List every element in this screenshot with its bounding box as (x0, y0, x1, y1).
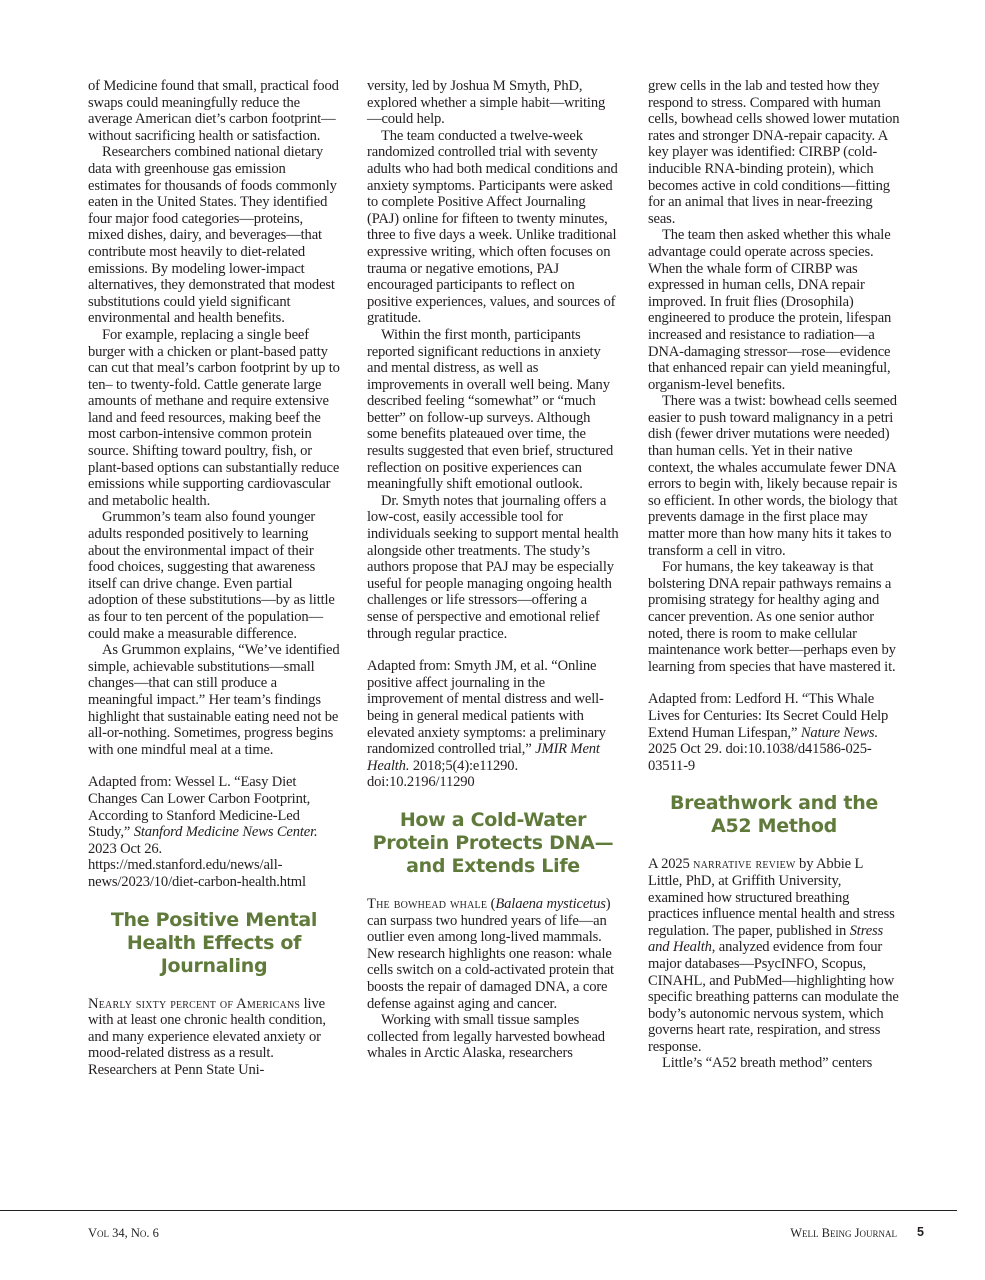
publication-name: Well Being Journal (790, 1226, 897, 1241)
body-paragraph: Working with small tissue samples collec… (367, 1012, 619, 1062)
column-3: grew cells in the lab and tested how the… (648, 78, 900, 1072)
column-1: of Medicine found that small, practical … (88, 78, 340, 1078)
footer-divider (0, 1210, 957, 1211)
article-title: Breathwork and the A52 Method (648, 792, 900, 838)
source-citation: Adapted from: Wessel L. “Easy Diet Chang… (88, 774, 340, 890)
article-lead: The bowhead whale (Balaena mysticetus) c… (367, 896, 619, 1012)
column-2: versity, led by Joshua M Smyth, PhD, exp… (367, 78, 619, 1062)
body-paragraph: versity, led by Joshua M Smyth, PhD, exp… (367, 78, 619, 128)
lead-small-caps: narrative review (693, 856, 795, 872)
body-paragraph: As Grummon explains, “We’ve identified s… (88, 642, 340, 758)
citation-doi: 2025 Oct 29. doi:10.1038/d41586-025-0351… (648, 741, 872, 774)
lead-small-caps: Nearly sixty percent of Americans (88, 996, 300, 1012)
body-paragraph: Little’s “A52 breath method” centers (648, 1055, 900, 1072)
body-paragraph: The team then asked whether this whale a… (648, 227, 900, 393)
body-paragraph: grew cells in the lab and tested how the… (648, 78, 900, 227)
body-paragraph: Within the first month, participants rep… (367, 327, 619, 493)
lead-text: ) can surpass two hundred years of life—… (367, 896, 614, 1012)
citation-journal: Stanford Medicine News Center. (134, 824, 318, 840)
lead-text: A 2025 (648, 856, 693, 872)
species-name: Balaena mysticetus (495, 896, 605, 912)
issue-label: Vol 34, No. 6 (88, 1226, 159, 1241)
body-paragraph: There was a twist: bowhead cells seemed … (648, 393, 900, 559)
lead-text: , analyzed evidence from four major data… (648, 939, 899, 1055)
source-citation: Adapted from: Smyth JM, et al. “Online p… (367, 658, 619, 791)
lead-small-caps: The bowhead whale (367, 896, 487, 912)
article-lead: Nearly sixty percent of Americans live w… (88, 996, 340, 1079)
citation-journal: Nature News. (801, 725, 878, 741)
body-paragraph: Dr. Smyth notes that journaling offers a… (367, 493, 619, 642)
article-title: The Positive Mental Health Effects of Jo… (88, 909, 340, 978)
source-citation: Adapted from: Ledford H. “This Whale Liv… (648, 691, 900, 774)
body-paragraph: Grummon’s team also found younger adults… (88, 509, 340, 642)
body-paragraph: of Medicine found that small, practical … (88, 78, 340, 144)
body-paragraph: The team conducted a twelve-week randomi… (367, 128, 619, 327)
page-number: 5 (917, 1225, 924, 1239)
body-paragraph: For example, replacing a single beef bur… (88, 327, 340, 510)
body-paragraph: For humans, the key takeaway is that bol… (648, 559, 900, 675)
article-lead: A 2025 narrative review by Abbie L Littl… (648, 856, 900, 1055)
article-title: How a Cold-Water Protein Protects DNA—an… (367, 809, 619, 878)
body-paragraph: Researchers combined national dietary da… (88, 144, 340, 327)
citation-url: 2023 Oct 26. https://med.stanford.edu/ne… (88, 841, 306, 890)
